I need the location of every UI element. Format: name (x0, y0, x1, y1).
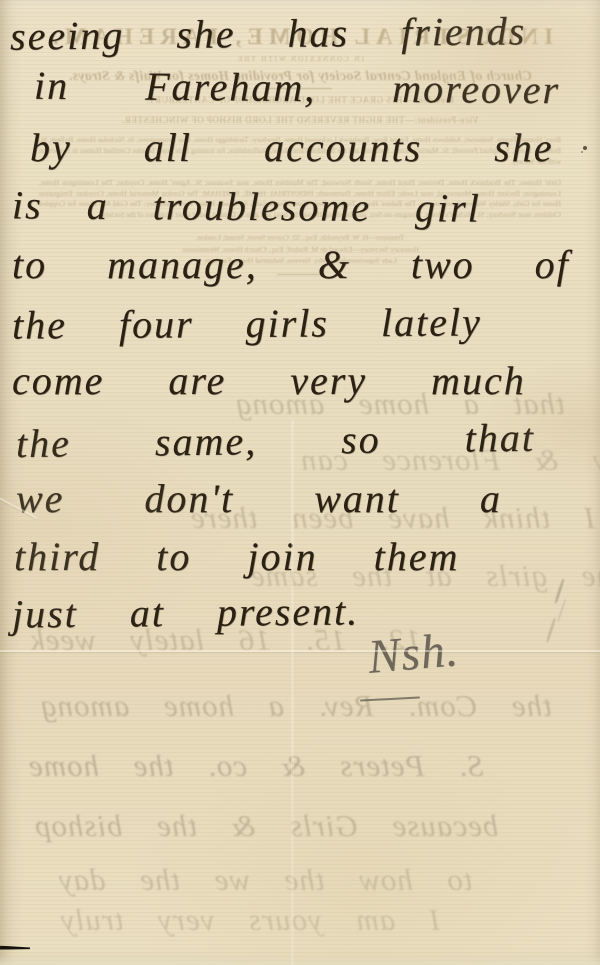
letter-page: INDUSTRIAL HOME, FAREHAM. IN CONNEXION W… (0, 0, 600, 965)
signature-initials: Nsh. (366, 622, 461, 685)
handwriting-line: in Fareham, moreover (34, 62, 560, 114)
scan-edge-mark (0, 946, 30, 951)
fold-crease-vertical (291, 420, 294, 965)
handwriting-line: just at present. (12, 587, 360, 637)
handwriting-line: seeing she has friends (10, 7, 527, 59)
fold-crease-horizontal (0, 650, 600, 652)
handwriting-line: is a troublesome girl (12, 181, 481, 231)
bleedthrough-script-line: because Girls & the bishop (34, 808, 498, 844)
bleedthrough-script-line: to how the we the day (58, 862, 472, 898)
handwriting-line: we don't want a (16, 475, 502, 522)
handwriting-line: the four girls lately (12, 298, 482, 348)
handwriting-line: third to join them (14, 533, 459, 580)
ink-smudge (554, 578, 565, 604)
bleedthrough-script-line: the Com. Rev. a home among (40, 688, 552, 724)
ink-speck (583, 146, 587, 150)
bleedthrough-script-line: I am yours very truly (60, 902, 440, 938)
handwriting-line: come are very much (12, 357, 526, 404)
bleedthrough-script-line: S. Peters & co. the home (28, 748, 483, 784)
paper-bottom-edge (0, 955, 600, 965)
signature-underline (360, 696, 420, 701)
handwriting-line: by all accounts she (30, 124, 554, 171)
handwriting-line: the same, so that (16, 414, 535, 467)
handwriting-line: to manage, & two of (12, 241, 570, 288)
